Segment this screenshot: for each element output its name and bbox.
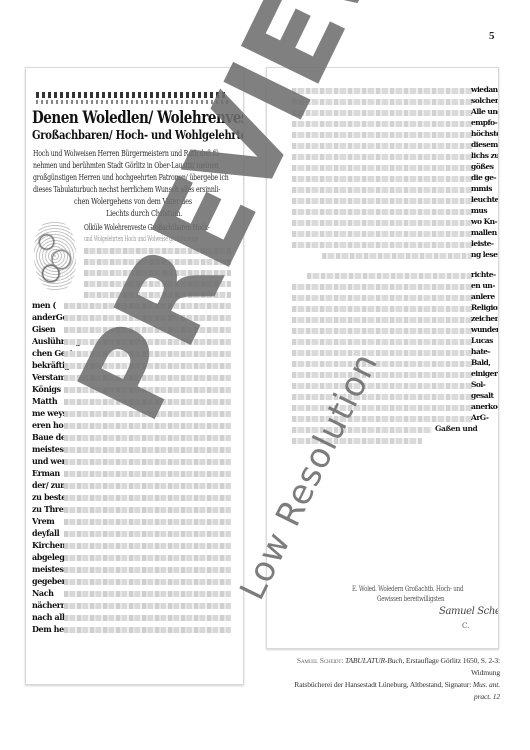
faded-text-line: [64, 387, 231, 393]
paragraph-second-line: und Wolgelehrten Hoch und Wolweise großg…: [84, 235, 198, 243]
dedication-line: nehmen und berühmten Stadt Görlitz in Ob…: [33, 161, 219, 170]
edge-word: höchstes: [471, 129, 499, 138]
faded-text-line: [292, 121, 472, 127]
dedication-line: dieses Tabulaturbuch nechst herrlichem W…: [33, 185, 220, 194]
edge-word: gößes: [471, 162, 493, 171]
faded-text-line: [64, 471, 231, 477]
edge-word: einiger: [471, 369, 497, 378]
caption-library: Ratsbücherei der Hansestadt Lüneburg, Al…: [294, 680, 471, 689]
faded-text-line: [292, 317, 472, 323]
margin-word: Gisen: [32, 324, 55, 334]
inline-word: Gaßen und: [435, 424, 477, 433]
faded-text-line: [64, 411, 231, 417]
edge-word: lichs zu: [471, 151, 499, 160]
edge-word: ArG-: [471, 413, 488, 422]
edge-word: anerko-: [471, 402, 499, 411]
faded-text-line: [292, 350, 472, 356]
edge-word: wo Kn-: [471, 217, 497, 226]
margin-word: abgeleg: [32, 552, 64, 562]
faded-text-line: [292, 88, 472, 94]
faded-text-line: [64, 615, 231, 621]
edge-word: solchem: [471, 96, 499, 105]
faded-text-line: [292, 372, 472, 378]
edge-word: Alle und: [471, 107, 499, 116]
dedication-line: chen Wolergehens von dem Vater des: [74, 197, 192, 206]
faded-text-line: [64, 315, 231, 321]
faded-text-line: [292, 209, 472, 215]
faded-text-line: [292, 143, 472, 149]
signature-suffix: C.: [462, 622, 469, 630]
edge-word: wunder-: [471, 325, 499, 334]
faded-text-line: [84, 270, 231, 276]
edge-word: wiedan-: [471, 85, 499, 94]
faded-text-line: [292, 405, 472, 411]
faded-text-line: [292, 187, 472, 193]
margin-word: Verstam: [32, 372, 66, 382]
faded-text-line: [292, 383, 472, 389]
margin-word: men (: [32, 300, 56, 310]
faded-text-line: [64, 375, 231, 381]
edge-word: Religion: [471, 303, 499, 312]
edge-word: mmis: [471, 184, 492, 193]
faded-text-line: [292, 438, 422, 444]
caption-shelfmark: Mus. ant. pract. 12: [473, 680, 500, 701]
edge-word: gesalt: [471, 391, 493, 400]
faded-text-line: [292, 132, 472, 138]
faded-text-line: [84, 259, 231, 265]
dedication-title-line-1: Denen Woledlen/ Wolehrenvesten/: [32, 108, 244, 127]
edge-word: mus: [471, 206, 487, 215]
faded-text-line: [64, 555, 231, 561]
margin-word: me weys: [32, 408, 67, 418]
faded-text-line: [84, 292, 231, 298]
page-number: 5: [489, 30, 495, 42]
edge-word: hate-: [471, 347, 490, 356]
edge-word: Bald,: [471, 358, 490, 367]
signature: Samuel Scheidt: [439, 606, 499, 617]
faded-text-line: [64, 351, 231, 357]
faded-text-line: [292, 242, 472, 248]
margin-word: Königs: [32, 384, 61, 394]
faded-text-line: [292, 165, 472, 171]
figure-caption: Samuel Scheidt: TABULATUR-Buch, Erstaufl…: [280, 655, 500, 703]
faded-text-line: [292, 416, 472, 422]
faded-text-line: [64, 399, 231, 405]
faded-text-line: [292, 176, 472, 182]
faded-text-line: [64, 519, 231, 525]
margin-word: gegeben: [32, 576, 67, 586]
margin-word: Baue de: [32, 432, 66, 442]
paragraph-first-line: Olküle Wolehrenveste Großachtbaren Hoch-: [84, 223, 210, 232]
faded-text-line: [64, 567, 231, 573]
faded-text-line: [64, 603, 231, 609]
margin-word: Vrem: [32, 516, 54, 526]
faded-text-line: [292, 284, 472, 290]
margin-word: eren ho: [32, 420, 63, 430]
faded-text-line: [64, 579, 231, 585]
faded-text-line: [292, 328, 472, 334]
faded-text-line: [292, 427, 432, 433]
faded-text-line: [292, 361, 472, 367]
faded-text-line: [292, 198, 472, 204]
right-page-scan: wiedan- solchem Alle und empfo- höchstes…: [266, 67, 499, 649]
closing-line: E. Woled. Woledern Großachtb. Hoch- und: [352, 585, 463, 593]
edge-word: ng lesen: [471, 250, 499, 259]
margin-word: Dem her: [32, 624, 68, 634]
dedication-line: Hoch und Wolweisen Herren Bürgermeistern…: [33, 149, 221, 158]
caption-details: , Erstauflage Görlitz 1650, S. 2-3: Widm…: [402, 656, 500, 677]
margin-word: zu beste: [32, 492, 66, 502]
edge-word: anlere: [471, 292, 495, 301]
edge-word: richte-: [471, 270, 496, 279]
edge-word: die ge-: [471, 173, 496, 182]
faded-text-line: [64, 543, 231, 549]
faded-text-line: [84, 281, 231, 287]
faded-text-line: [84, 248, 231, 254]
faded-text-line: [64, 447, 231, 453]
edge-word: Sol-: [471, 380, 485, 389]
ornament-border: [36, 92, 228, 104]
margin-word: nächern: [32, 600, 66, 610]
faded-text-line: [64, 327, 231, 333]
left-page-scan: Denen Woledlen/ Wolehrenvesten/ Großachb…: [25, 67, 244, 685]
faded-text-line: [64, 507, 231, 513]
edge-word: en un-: [471, 281, 495, 290]
faded-text-line: [64, 435, 231, 441]
faded-text-line: [307, 273, 472, 279]
faded-text-line: [64, 303, 231, 309]
faded-text-line: [64, 483, 231, 489]
margin-word: anderGo: [32, 312, 67, 322]
caption-line-1: Samuel Scheidt: TABULATUR-Buch, Erstaufl…: [280, 655, 500, 679]
faded-text-line: [64, 339, 231, 345]
edge-word: leuchten: [471, 195, 499, 204]
edge-word: diesem: [471, 140, 498, 149]
faded-text-line: [292, 99, 472, 105]
edge-word: leiste-: [471, 239, 494, 248]
margin-word: Erman: [32, 468, 60, 478]
margin-word: und wer: [32, 456, 65, 466]
faded-text-line: [64, 591, 231, 597]
faded-text-line: [64, 495, 231, 501]
faded-text-line: [64, 627, 231, 633]
faded-text-line: [292, 110, 472, 116]
faded-text-line: [292, 295, 472, 301]
edge-word: empfo-: [471, 118, 497, 127]
faded-text-line: [64, 531, 231, 537]
faded-text-line: [64, 459, 231, 465]
faded-text-line: [64, 423, 231, 429]
faded-text-line: [292, 394, 472, 400]
edge-word: Lucas: [471, 336, 493, 345]
margin-word: Nach: [32, 588, 54, 598]
decorated-initial-w: [34, 221, 76, 291]
faded-text-line: [292, 220, 472, 226]
margin-word: der/ zun: [32, 480, 66, 490]
dedication-line: großgünstigen Herren und hochgeehrten Pa…: [33, 173, 229, 182]
faded-text-line: [64, 363, 231, 369]
faded-text-line: [292, 339, 472, 345]
edge-word: mallen: [471, 228, 497, 237]
caption-author: Samuel Scheidt:: [297, 656, 343, 665]
faded-text-line: [292, 154, 472, 160]
closing-line: Gewissen bereitwilligsten: [377, 595, 444, 603]
margin-word: meistes: [32, 564, 64, 574]
caption-title: TABULATUR-Buch: [345, 656, 402, 665]
margin-word: meistes: [32, 444, 64, 454]
edge-word: zeichen: [471, 314, 499, 323]
faded-text-line: [322, 253, 472, 259]
margin-word: Matth: [32, 396, 57, 406]
margin-word: Kirchen: [32, 540, 65, 550]
dedication-line: Liechts durch Christum.: [106, 209, 182, 218]
margin-word: deyfall: [32, 528, 59, 538]
faded-text-line: [292, 306, 472, 312]
caption-line-2: Ratsbücherei der Hansestadt Lüneburg, Al…: [280, 679, 500, 703]
dedication-title-line-2: Großachbaren/ Hoch- und Wohlgelehrten: [32, 128, 244, 142]
faded-text-line: [292, 231, 472, 237]
